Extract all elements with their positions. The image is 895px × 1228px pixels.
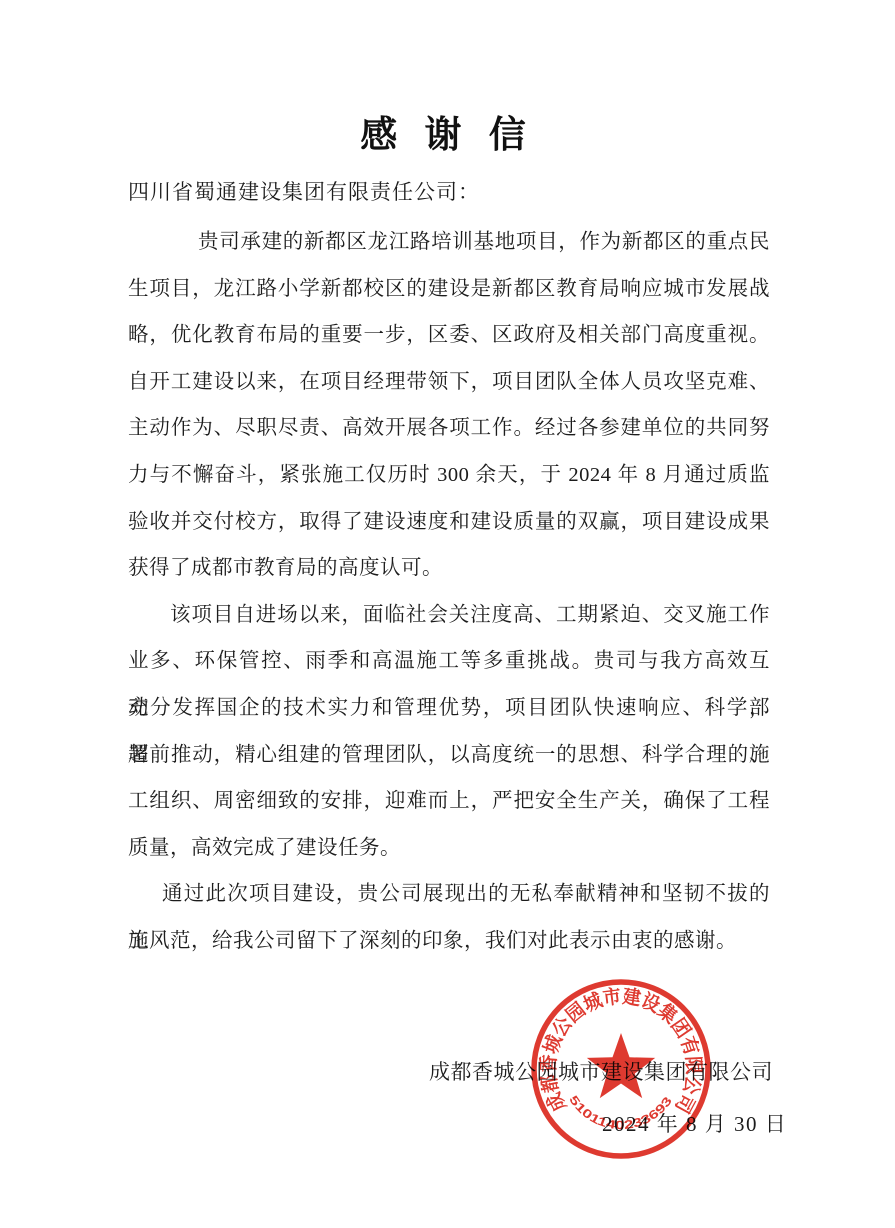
body-line: 贵司承建的新都区龙江路培训基地项目，作为新都区的重点民 xyxy=(128,219,770,266)
body-line: 略，优化教育布局的重要一步，区委、区政府及相关部门高度重视。 xyxy=(128,312,770,359)
letter-page: 感 谢 信 四川省蜀通建设集团有限责任公司： 贵司承建的新都区龙江路培训基地项目… xyxy=(0,0,895,1228)
body-line: 该项目自进场以来，面临社会关注度高、工期紧迫、交叉施工作 xyxy=(128,592,770,639)
salutation: 四川省蜀通建设集团有限责任公司： xyxy=(128,176,480,206)
company-seal-stamp: 成都香城公园城市建设集团有限公司 5101140233693 xyxy=(528,976,714,1162)
body-line: 工组织、周密细致的安排，迎难而上，严把安全生产关，确保了工程 xyxy=(128,778,770,825)
body-line: 生项目，龙江路小学新都校区的建设是新都区教育局响应城市发展战 xyxy=(128,266,770,313)
body-line: 获得了成都市教育局的高度认可。 xyxy=(128,545,770,592)
star-icon xyxy=(587,1033,655,1098)
body-line: 工风范，给我公司留下了深刻的印象，我们对此表示由衷的感谢。 xyxy=(128,918,770,965)
paragraph-3: 通过此次项目建设，贵公司展现出的无私奉献精神和坚韧不拔的施 工风范，给我公司留下… xyxy=(128,871,770,964)
body-line: 通过此次项目建设，贵公司展现出的无私奉献精神和坚韧不拔的施 xyxy=(128,871,770,918)
body-line: 主动作为、尽职尽责、高效开展各项工作。经过各参建单位的共同努 xyxy=(128,405,770,452)
body-line: 业多、环保管控、雨季和高温施工等多重挑战。贵司与我方高效互动， xyxy=(128,638,770,685)
seal-number-arc-text: 5101140233693 xyxy=(566,1093,675,1132)
paragraph-1: 贵司承建的新都区龙江路培训基地项目，作为新都区的重点民 生项目，龙江路小学新都校… xyxy=(128,219,770,592)
body-line: 力与不懈奋斗，紧张施工仅历时 300 余天，于 2024 年 8 月通过质监 xyxy=(128,452,770,499)
letter-body: 贵司承建的新都区龙江路培训基地项目，作为新都区的重点民 生项目，龙江路小学新都校… xyxy=(128,219,770,965)
body-line: 超前推动，精心组建的管理团队，以高度统一的思想、科学合理的施 xyxy=(128,732,770,779)
body-line: 充分发挥国企的技术实力和管理优势，项目团队快速响应、科学部署、 xyxy=(128,685,770,732)
body-line: 自开工建设以来，在项目经理带领下，项目团队全体人员攻坚克难、 xyxy=(128,359,770,406)
page-title: 感 谢 信 xyxy=(0,104,895,158)
paragraph-2: 该项目自进场以来，面临社会关注度高、工期紧迫、交叉施工作 业多、环保管控、雨季和… xyxy=(128,592,770,872)
body-line: 质量，高效完成了建设任务。 xyxy=(128,825,770,872)
body-line: 验收并交付校方，取得了建设速度和建设质量的双赢，项目建设成果 xyxy=(128,499,770,546)
